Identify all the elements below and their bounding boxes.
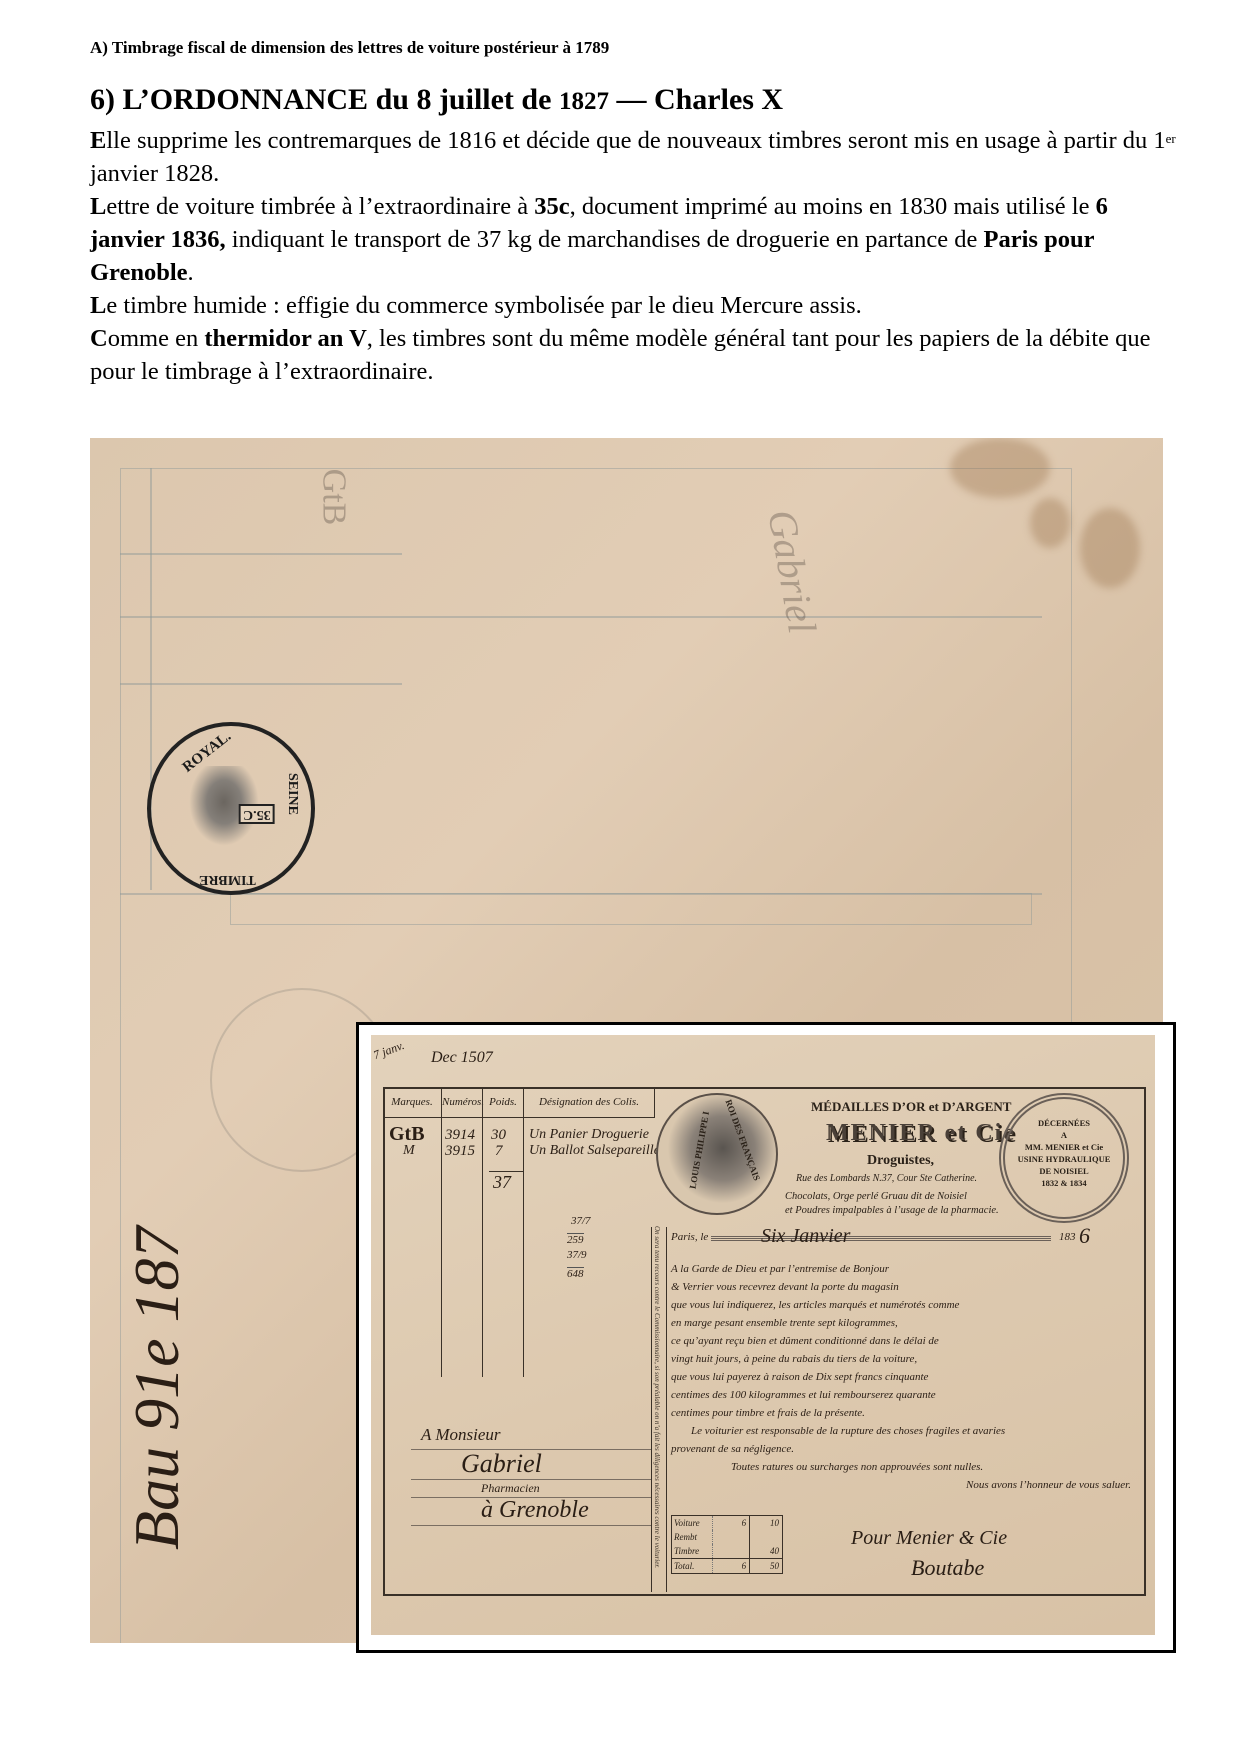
row-designation: Un Ballot Salsepareille <box>529 1143 660 1159</box>
letter-line: Le voiturier est responsable de la ruptu… <box>671 1422 1131 1440</box>
header-company: MENIER et Cie <box>826 1120 1016 1147</box>
date-place: Paris, le <box>671 1231 708 1243</box>
text-segment: indiquant le transport de 37 kg de march… <box>226 226 984 253</box>
recipient-salutation: A Monsieur <box>421 1425 501 1445</box>
text-segment: lle supprime les contremarques de 1816 e… <box>106 127 1165 154</box>
row-poids: 7 <box>495 1143 503 1160</box>
medal-left-text: LOUIS PHILIPPE I <box>688 1110 711 1189</box>
address-line <box>411 1525 651 1526</box>
col-header-marques: Marques. <box>383 1087 442 1118</box>
goods-table: Marques. Numéros. Poids. Désignation des… <box>383 1087 643 1387</box>
stain <box>1080 508 1140 588</box>
faded-grid-line <box>120 553 402 555</box>
bold-text: L <box>90 292 106 319</box>
award-text: USINE HYDRAULIQUE <box>1005 1153 1123 1165</box>
fee-francs: 6 <box>712 1516 749 1530</box>
lettre-de-voiture: 7 janv. Dec 1507 Marques. Numéros. Poids… <box>371 1035 1155 1635</box>
bold-text: 35c <box>534 193 569 220</box>
text-segment: janvier 1828. <box>90 160 219 187</box>
paragraph: Le timbre humide : effigie du commerce s… <box>90 289 1180 322</box>
document-front-inset: 7 janv. Dec 1507 Marques. Numéros. Poids… <box>356 1022 1176 1653</box>
title-year: 1827 <box>559 88 609 115</box>
faded-grid-box <box>230 893 1032 925</box>
stamp-value: 35.C <box>239 804 275 824</box>
fee-centimes: 50 <box>749 1559 782 1573</box>
table-line <box>441 1087 442 1377</box>
royal-tax-stamp: ROYAL. SEINE TIMBRE 35.C <box>147 722 315 895</box>
text-segment: , document imprimé au moins en 1830 mais… <box>570 193 1096 220</box>
stain <box>950 438 1050 498</box>
fee-francs: 6 <box>712 1559 749 1573</box>
fee-label: Timbre <box>672 1544 712 1558</box>
fee-francs <box>712 1544 749 1558</box>
paragraph: Comme en thermidor an V, les timbres son… <box>90 322 1180 388</box>
stain <box>1030 498 1070 548</box>
text-segment: er <box>1166 131 1176 146</box>
corner-note: Dec 1507 <box>431 1049 493 1067</box>
letter-line: ce qu’ayant reçu bien et dûment conditio… <box>671 1332 1131 1350</box>
corner-note: 7 janv. <box>371 1038 406 1063</box>
description-text: Elle supprime les contremarques de 1816 … <box>90 124 1180 388</box>
letter-line: Nous avons l’honneur de vous saluer. <box>671 1476 1131 1494</box>
fee-centimes: 40 <box>749 1544 782 1558</box>
section-label: A) Timbrage fiscal de dimension des lett… <box>90 38 609 58</box>
bold-text: C <box>90 325 108 352</box>
row-poids: 30 <box>491 1127 506 1144</box>
award-text: A <box>1005 1129 1123 1141</box>
letter-line: vingt huit jours, à peine du rabais du t… <box>671 1350 1131 1368</box>
calc-line: 37/7 <box>571 1215 591 1227</box>
faded-grid-line <box>120 683 402 685</box>
table-line <box>523 1087 524 1377</box>
address-line <box>411 1479 651 1480</box>
bold-text: E <box>90 127 106 154</box>
fee-row: Timbre40 <box>672 1544 782 1558</box>
letter-line: que vous lui indiquerez, les articles ma… <box>671 1296 1131 1314</box>
total-weight: 37 <box>489 1171 523 1193</box>
calc-line: 648 <box>567 1267 584 1280</box>
letter-line: centimes pour timbre et frais de la prés… <box>671 1404 1131 1422</box>
letter-line: que vous lui payerez à raison de Dix sep… <box>671 1368 1131 1386</box>
fee-centimes <box>749 1530 782 1544</box>
fees-table: Voiture610RembtTimbre40Total.650 <box>671 1515 783 1574</box>
header-medailles: MÉDAILLES D’OR et D’ARGENT <box>811 1099 1011 1115</box>
stamp-bottom-text: TIMBRE <box>199 871 256 887</box>
signature: Boutabe <box>911 1555 984 1581</box>
paragraph: Lettre de voiture timbrée à l’extraordin… <box>90 190 1180 289</box>
row-marque: M <box>403 1143 415 1159</box>
letter-line: provenant de sa négligence. <box>671 1440 1131 1458</box>
text-segment: ettre de voiture timbrée à l’extraordina… <box>106 193 534 220</box>
side-legal-note: On sera tenu recours contre le Commissio… <box>651 1227 667 1592</box>
bold-text: L <box>90 193 106 220</box>
recipient-city: à Grenoble <box>481 1497 589 1524</box>
signature-line: Pour Menier & Cie <box>851 1527 1007 1550</box>
bold-text: thermidor an V <box>204 325 366 352</box>
award-text: MM. MENIER et Cie <box>1005 1141 1123 1153</box>
date-year-suffix: 6 <box>1079 1223 1090 1249</box>
letter-line: Toutes ratures ou surcharges non approuv… <box>671 1458 1131 1476</box>
paragraph: Elle supprime les contremarques de 1816 … <box>90 124 1180 190</box>
award-text: 1832 & 1834 <box>1005 1177 1123 1189</box>
date-line: Paris, le Six Janvier 183 6 <box>671 1227 1131 1249</box>
text-segment: omme en <box>108 325 205 352</box>
medal-right-text: ROI DES FRANÇAIS <box>724 1098 763 1182</box>
side-note-text: On sera tenu recours contre le Commissio… <box>653 1226 661 1576</box>
row-numero: 3915 <box>445 1143 475 1160</box>
col-header-designation: Désignation des Colis. <box>524 1087 655 1118</box>
recipient-name: Gabriel <box>461 1449 542 1479</box>
calc-line: 37/9 <box>567 1249 587 1261</box>
letter-line: en marge pesant ensemble trente sept kil… <box>671 1314 1131 1332</box>
award-text: DÉCERNÉES <box>1005 1117 1123 1129</box>
fee-row: Rembt <box>672 1530 782 1544</box>
handwritten-note: Bau 91e 187 <box>120 1227 194 1551</box>
table-line <box>482 1087 483 1377</box>
title-prefix: 6) L’ORDONNANCE du 8 juillet de <box>90 83 559 116</box>
header-products: et Poudres impalpables à l’usage de la p… <box>785 1205 999 1216</box>
louis-philippe-medal: LOUIS PHILIPPE I ROI DES FRANÇAIS <box>656 1093 778 1215</box>
row-numero: 3914 <box>445 1127 475 1144</box>
fee-row: Total.650 <box>672 1558 782 1573</box>
header-address: Rue des Lombards N.37, Cour Ste Catherin… <box>796 1173 977 1184</box>
award-text: DE NOISIEL <box>1005 1165 1123 1177</box>
letter-line: A la Garde de Dieu et par l’entremise de… <box>671 1260 1131 1278</box>
text-segment: e timbre humide : effigie du commerce sy… <box>106 292 861 319</box>
fee-row: Voiture610 <box>672 1516 782 1530</box>
fee-label: Rembt <box>672 1530 712 1544</box>
stamp-right-text: SEINE <box>284 773 300 815</box>
header-trade: Droguistes, <box>867 1153 934 1169</box>
date-year-prefix: 183 <box>1059 1231 1076 1243</box>
ghost-mark: GtB <box>314 469 352 526</box>
letter-line: centimes des 100 kilogrammes et lui remb… <box>671 1386 1131 1404</box>
recipient-profession: Pharmacien <box>481 1481 540 1496</box>
text-segment: . <box>188 259 194 286</box>
header-products: Chocolats, Orge perlé Gruau dit de Noisi… <box>785 1191 967 1202</box>
col-header-poids: Poids. <box>483 1087 524 1118</box>
row-designation: Un Panier Droguerie <box>529 1127 649 1143</box>
calc-line: 259 <box>567 1233 584 1246</box>
page-title: 6) L’ORDONNANCE du 8 juillet de 1827 — C… <box>90 83 783 117</box>
faded-grid-line <box>120 616 1042 618</box>
fee-francs <box>712 1530 749 1544</box>
letter-line: & Verrier vous recevrez devant la porte … <box>671 1278 1131 1296</box>
award-medal: DÉCERNÉES A MM. MENIER et Cie USINE HYDR… <box>999 1093 1129 1223</box>
col-header-numeros: Numéros. <box>442 1087 483 1118</box>
date-day-month: Six Janvier <box>761 1225 850 1248</box>
fee-label: Total. <box>672 1559 712 1573</box>
fee-label: Voiture <box>672 1516 712 1530</box>
title-suffix: — Charles X <box>609 83 783 116</box>
fee-centimes: 10 <box>749 1516 782 1530</box>
letter-body: A la Garde de Dieu et par l’entremise de… <box>671 1260 1131 1494</box>
